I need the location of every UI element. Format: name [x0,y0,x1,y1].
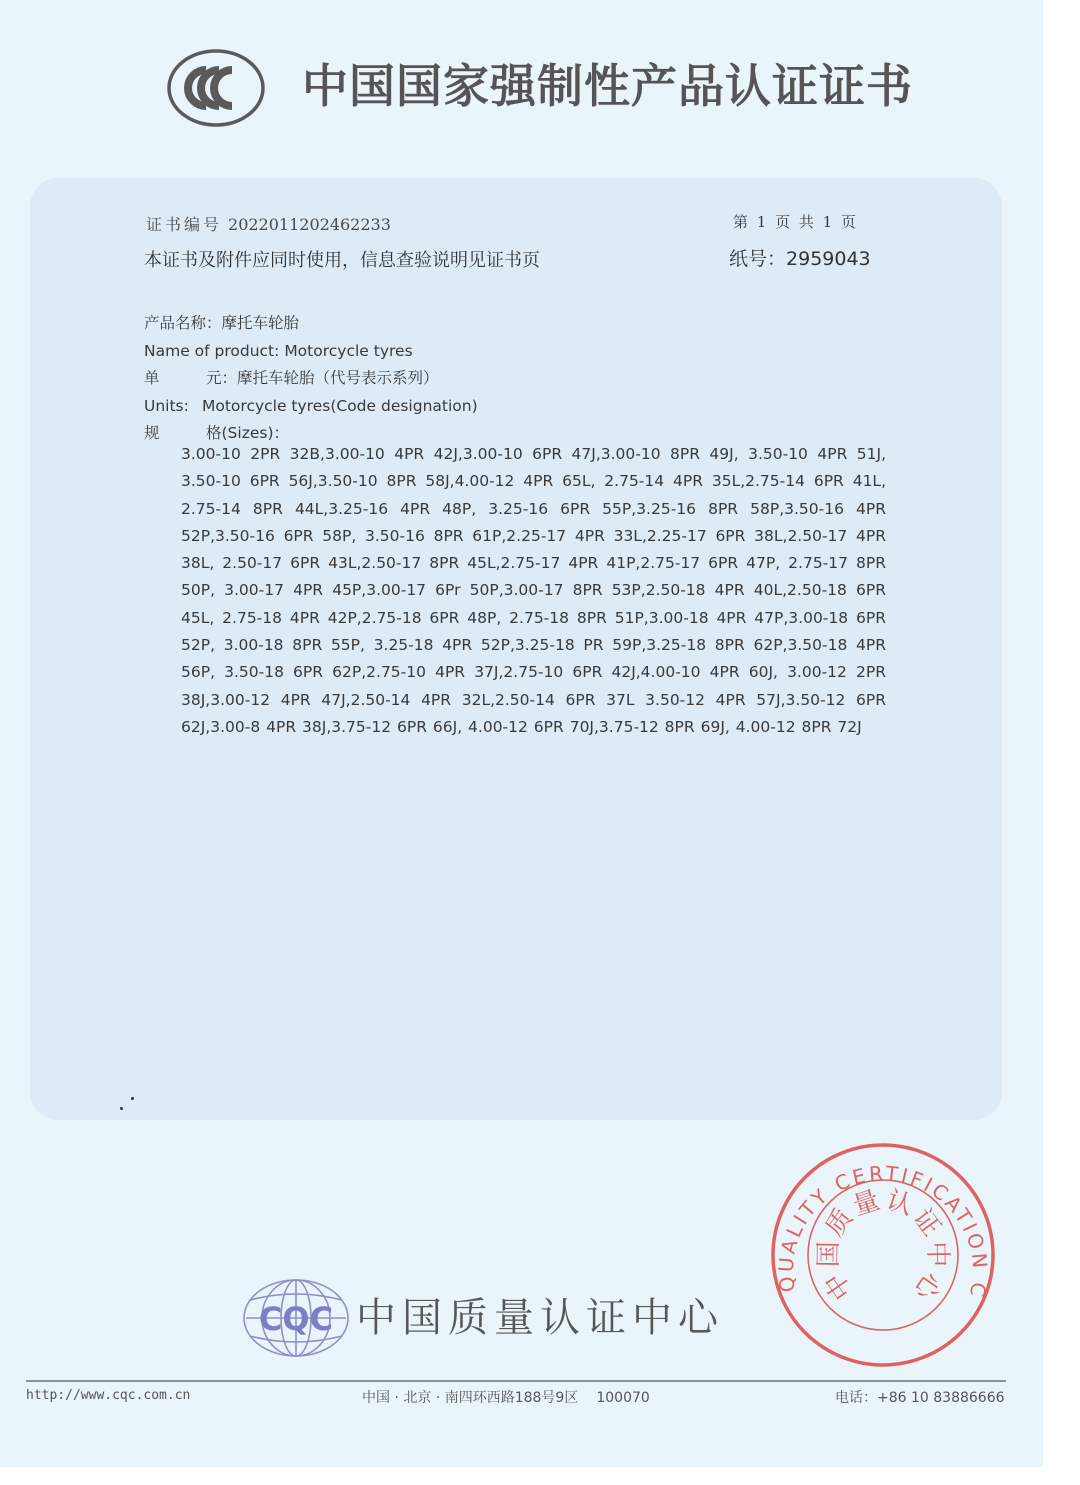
seal-inner-char: 量 [849,1185,883,1222]
product-name-cn-value: 摩托车轮胎 [222,314,300,332]
seal-inner-char: 认 [883,1185,917,1222]
seal-inner-char: 证 [907,1204,947,1243]
product-name-en-label: Name of product: [144,342,279,360]
official-seal-stamp: CHINA QUALITY CERTIFICATION CENTRE 中国质量认… [768,1140,998,1370]
product-name-en-value: Motorcycle tyres [284,342,412,360]
usage-notice: 本证书及附件应同时使用，信息查验说明见证书页 [144,246,540,272]
footer-website: http://www.cqc.com.cn [26,1388,190,1403]
paper-number-value: 2959043 [786,248,871,270]
sizes-label-b: 格(Sizes)： [206,424,289,442]
scan-speck [120,1107,123,1110]
issuer-block: CQC 中国质量认证中心 [242,1278,722,1358]
unit-cn-value: 摩托车轮胎（代号表示系列） [237,369,439,387]
product-name-cn-row: 产品名称：摩托车轮胎 [144,310,904,338]
footer-postcode: 100070 [596,1390,649,1406]
unit-cn-row: 单元：摩托车轮胎（代号表示系列） [144,365,904,393]
product-name-en-row: Name of product: Motorcycle tyres [144,338,904,366]
ccc-mark-icon [166,48,266,128]
seal-inner-char: 国 [814,1241,844,1267]
footer-divider [26,1380,1006,1382]
unit-cn-label-b: 元： [206,369,237,387]
issuer-name: 中国质量认证中心 [356,1288,724,1348]
unit-en-row: Units:Motorcycle tyres(Code designation) [144,393,904,421]
seal-inner-char: 心 [907,1267,947,1306]
unit-en-value: Motorcycle tyres(Code designation) [202,397,478,415]
svg-text:CHINA QUALITY CERTIFICATION CE: CHINA QUALITY CERTIFICATION CENTRE [768,1140,992,1306]
certificate-number: 证书编号2022011202462233 [146,212,391,235]
footer-phone-label: 电话： [835,1390,877,1406]
certificate-title: 中国国家强制性产品认证证书 [302,56,913,116]
svg-text:CQC: CQC [259,1300,333,1338]
unit-en-label: Units: [144,393,202,421]
footer-address: 中国 · 北京 · 南四环西路188号9区100070 [362,1387,650,1407]
unit-cn-label-a: 单 [144,365,206,393]
seal-inner-char: 中 [922,1241,952,1267]
footer-address-text: 中国 · 北京 · 南四环西路188号9区 [362,1390,578,1406]
footer-phone-value: +86 10 83886666 [877,1390,1005,1406]
seal-outer-text: CHINA QUALITY CERTIFICATION CENTRE [768,1140,992,1306]
sizes-list: 3.00-10 2PR 32B,3.00-10 4PR 42J,3.00-10 … [181,441,886,741]
page-indicator: 第 1 页 共 1 页 [733,211,858,232]
certificate-paper: 中国国家强制性产品认证证书 证书编号2022011202462233 本证书及附… [0,0,1043,1467]
product-name-cn-label: 产品名称： [144,314,222,332]
certificate-number-value: 2022011202462233 [228,215,391,234]
certificate-number-label: 证书编号 [146,215,222,234]
seal-inner-char: 中 [819,1267,858,1306]
scan-speck [131,1097,134,1100]
footer-phone: 电话：+86 10 83886666 [835,1387,1005,1407]
seal-inner-char: 质 [820,1204,860,1243]
paper-number: 纸号：2959043 [729,244,871,271]
cqc-globe-icon: CQC [242,1278,350,1358]
certificate-header: 中国国家强制性产品认证证书 [160,46,880,132]
paper-number-label: 纸号： [729,248,786,270]
product-fields: 产品名称：摩托车轮胎 Name of product: Motorcycle t… [144,310,904,448]
